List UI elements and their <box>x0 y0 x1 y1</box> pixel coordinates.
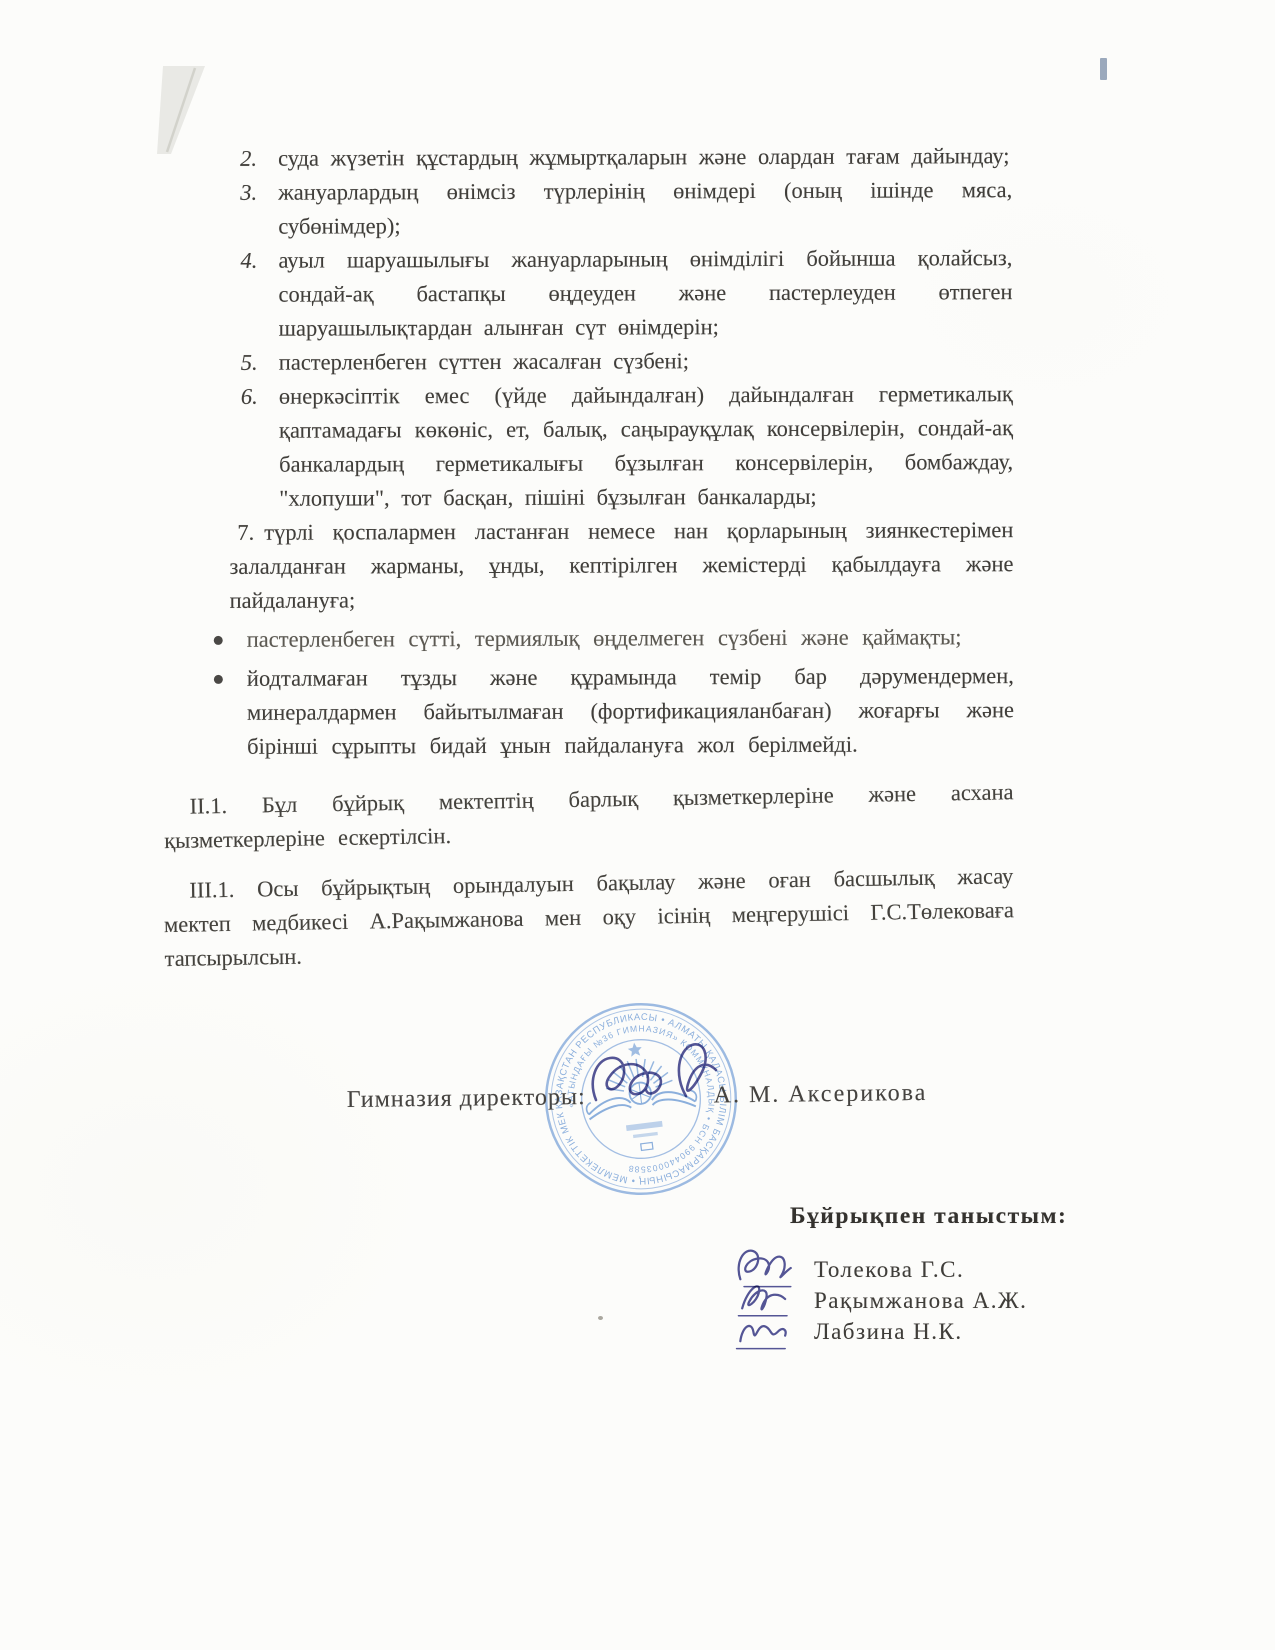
list-item-5: 5. пастерленбеген сүттен жасалған сүзбен… <box>241 343 1013 380</box>
list-item-text: өнеркәсіптік емес (үйде дайындалған) дай… <box>279 377 1013 516</box>
bullet-item-text: йодталмаған тұзды және құрамында темір б… <box>247 659 1014 764</box>
list-item-text: суда жүзетін құстардың жұмыртқаларын жән… <box>278 139 1012 176</box>
list-item-text: ауыл шаруашылығы жануарларының өнімділіг… <box>278 241 1012 346</box>
bullet-item-1: пастерленбеген сүтті, термиялық өңделмег… <box>214 620 1014 657</box>
list-item-text: пастерленбеген сүттен жасалған сүзбені; <box>279 343 1013 380</box>
list-item-number: 3. <box>240 176 278 244</box>
list-item-number: 7. <box>237 520 254 545</box>
scanned-document-page: 2. суда жүзетін құстардың жұмыртқаларын … <box>0 0 1275 1650</box>
list-item-3: 3. жануарлардың өнімсіз түрлерінің өнімд… <box>240 173 1012 244</box>
list-item-7: 7.түрлі қоспалармен ластанған немесе нан… <box>229 513 1013 618</box>
clause-III-1: III.1. Осы бұйрықтың орындалуын бақылау … <box>163 859 1015 976</box>
list-item-2: 2. суда жүзетін құстардың жұмыртқаларын … <box>240 139 1012 176</box>
signer-row: Толекова Г.С. <box>814 1254 1067 1285</box>
signer-name: Рақымжанова А.Ж. <box>814 1288 1027 1313</box>
scan-speck <box>598 1316 603 1320</box>
list-item-6: 6. өнеркәсіптік емес (үйде дайындалған) … <box>241 377 1013 516</box>
list-item-4: 4. ауыл шаруашылығы жануарларының өнімді… <box>240 241 1012 346</box>
signer-name: Толекова Г.С. <box>814 1257 964 1282</box>
list-item-text: түрлі қоспалармен ластанған немесе нан қ… <box>229 517 1013 613</box>
acknowledgement-block: Бұйрықпен таныстым: Толекова Г.С. <box>742 1200 1067 1347</box>
bullet-item-text: пастерленбеген сүтті, термиялық өңделмег… <box>247 620 1014 657</box>
acknowledgement-heading: Бұйрықпен таныстым: <box>790 1200 1067 1232</box>
document-body: 2. суда жүзетін құстардың жұмыртқаларын … <box>188 139 1015 976</box>
signer-row: Рақымжанова А.Ж. <box>814 1285 1067 1316</box>
list-item-text: жануарлардың өнімсіз түрлерінің өнімдері… <box>278 173 1012 244</box>
list-item-number: 6. <box>241 380 279 516</box>
director-label: Гимназия директоры: <box>347 1084 586 1114</box>
director-signature-line: Гимназия директоры: А. М. Аксерикова <box>347 1080 928 1114</box>
handwritten-signature <box>728 1302 818 1358</box>
bullet-icon <box>214 675 223 684</box>
list-item-number: 4. <box>240 244 278 346</box>
bullet-item-2: йодталмаған тұзды және құрамында темір б… <box>214 659 1014 764</box>
director-handwritten-signature <box>584 1034 719 1126</box>
signer-name: Лабзина Н.К. <box>814 1319 963 1344</box>
list-item-number: 2. <box>240 142 278 176</box>
clause-II-1: II.1. Бұл бұйрық мектептің барлық қызмет… <box>163 775 1014 858</box>
bullet-icon <box>214 636 223 645</box>
staple-mark <box>1100 58 1107 80</box>
director-name: А. М. Аксерикова <box>714 1080 928 1110</box>
signer-row: Лабзина Н.К. <box>814 1316 1067 1347</box>
list-item-number: 5. <box>241 346 279 380</box>
